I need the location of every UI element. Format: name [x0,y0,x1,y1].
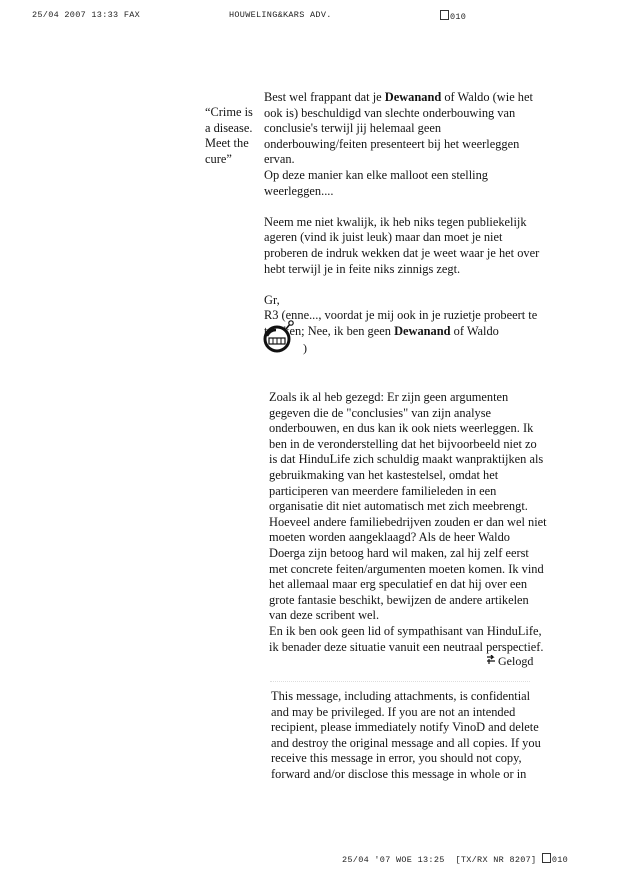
message-1-line: Op deze manier kan elke malloot een stel… [264,168,539,184]
message-1-line: Best wel frappant dat je Dewanand of Wal… [264,90,539,106]
message-2-line: het allemaal maar erg speculatief en dat… [269,577,547,593]
fax-footer-txrx: [TX/RX NR 8207] [455,855,536,865]
fax-footer: 25/04 '07 WOE 13:25 [TX/RX NR 8207] 010 [342,853,568,865]
signoff-line: trekken; Nee, ik ben geen Dewanand of Wa… [264,324,539,340]
fax-page-icon [440,10,449,20]
quote-line: “Crime is [205,105,253,121]
fax-header-page: 010 [440,10,466,22]
message-2: Zoals ik al heb gezegd: Er zijn geen arg… [269,390,547,655]
message-1-line: ervan. [264,152,539,168]
quote-line: a disease. [205,121,253,137]
message-2-line: ben in de veronderstelling dat het bijvo… [269,437,547,453]
message-2-line: van deze scribent wel. [269,608,547,624]
sidebar-quote: “Crime is a disease. Meet the cure” [205,105,253,167]
separator [270,681,530,682]
fax-page-icon [542,853,551,863]
logged-link[interactable]: Gelogd [486,654,533,669]
fax-footer-datetime: 25/04 '07 WOE 13:25 [342,855,445,865]
message-2-line: moeten worden aangeklaagd? Als de heer W… [269,530,547,546]
message-2-line: grote fantasie beschikt, bewijzen de and… [269,593,547,609]
message-1: Best wel frappant dat je Dewanand of Wal… [264,90,539,340]
message-2-line: organisatie dit niet automatisch met zic… [269,499,547,515]
message-1-line: onderbouwing/feiten presenteert bij het … [264,137,539,153]
fax-footer-page: 010 [552,855,568,865]
text: of Waldo (wie het [441,90,533,104]
spacer [264,277,539,293]
message-2-line: Zoals ik al heb gezegd: Er zijn geen arg… [269,390,547,406]
disclaimer-line: receive this message in error, you shoul… [271,751,541,767]
text: Best wel frappant dat je [264,90,385,104]
disclaimer-line: forward and/or disclose this message in … [271,767,541,783]
disclaimer-line: and may be privileged. If you are not an… [271,705,541,721]
message-1-line: ook is) beschuldigd van slechte onderbou… [264,106,539,122]
message-2-line: gebruikmaking van het kastestelsel, omda… [269,468,547,484]
message-2-line: participeren van meerdere familieleden i… [269,484,547,500]
message-2-line: met concrete feiten/argumenten moeten ko… [269,562,547,578]
fax-header-page-number: 010 [450,12,466,22]
disclaimer-line: This message, including attachments, is … [271,689,541,705]
name-highlight: Dewanand [394,324,450,338]
emoticon-paren: ) [303,341,307,356]
quote-line: Meet the [205,136,253,152]
message-1-line: proberen de indruk wekken dat je weet wa… [264,246,539,262]
message-2-line: gegeven die de "conclusies" van zijn ana… [269,406,547,422]
text: of Waldo [451,324,499,338]
message-2-line: Hoeveel andere familiebedrijven zouden e… [269,515,547,531]
message-1-line: Neem me niet kwalijk, ik heb niks tegen … [264,215,539,231]
spacer [264,199,539,215]
grinning-smiley-icon [262,320,296,354]
signoff-line: R3 (enne..., voordat je mij ook in je ru… [264,308,539,324]
disclaimer-line: recipient, please immediately notify Vin… [271,720,541,736]
fax-header-datetime: 25/04 2007 13:33 FAX [32,10,140,20]
message-1-line: weerleggen.... [264,184,539,200]
fax-header-sender: HOUWELING&KARS ADV. [229,10,332,20]
message-1-line: ageren (vind ik juist leuk) maar dan moe… [264,230,539,246]
message-1-line: conclusie's terwijl jij helemaal geen [264,121,539,137]
message-2-line: onderbouwen, en dus kan ik ook niets wee… [269,421,547,437]
name-highlight: Dewanand [385,90,441,104]
logged-label: Gelogd [498,654,533,668]
message-2-line: En ik ben ook geen lid of sympathisant v… [269,624,547,640]
message-2-line: ik benader deze situatie vanuit een neut… [269,640,547,656]
quote-line: cure” [205,152,253,168]
logged-arrow-icon [486,655,498,665]
disclaimer: This message, including attachments, is … [271,689,541,783]
message-2-line: is dat HinduLife zich schuldig maakt wan… [269,452,547,468]
disclaimer-line: and destroy the original message and all… [271,736,541,752]
message-1-line: hebt terwijl je in feite niks zinnigs ze… [264,262,539,278]
message-2-line: Doerga zijn betoog hard wil maken, zal h… [269,546,547,562]
signoff-greeting: Gr, [264,293,539,309]
